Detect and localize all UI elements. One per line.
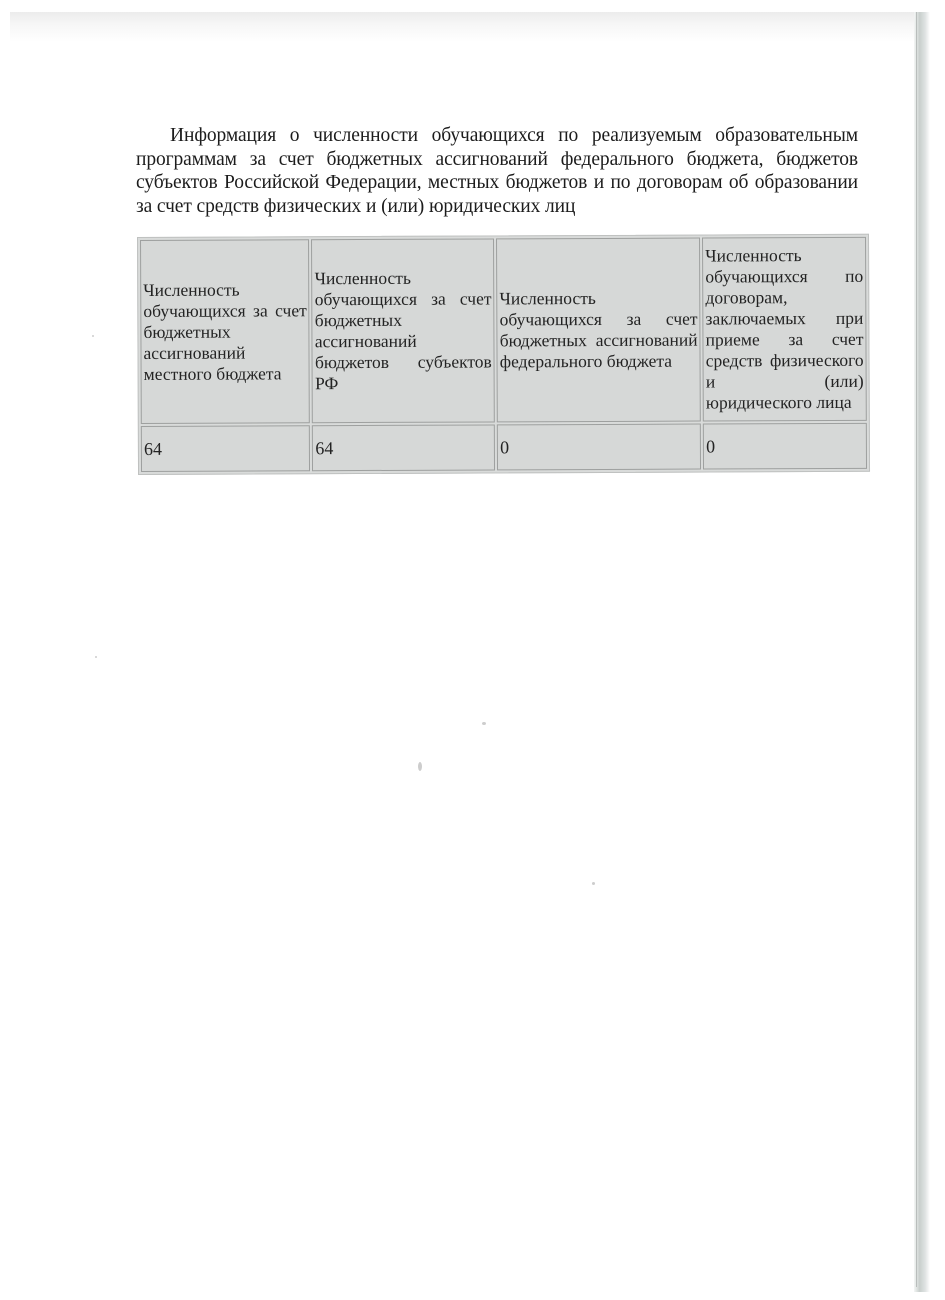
scan-speck [418, 762, 422, 771]
document-page: Информация о численности обучающихся по … [0, 0, 945, 1300]
value-paid-contracts: 0 [703, 423, 867, 470]
scan-speck [592, 882, 595, 885]
header-federal-budget: Численность обучающихся за счет бюджетны… [496, 238, 701, 423]
table-row: 64 64 0 0 [141, 423, 867, 472]
value-local-budget: 64 [141, 425, 311, 472]
students-count-table: Численность обучающихся за счет бюджетны… [137, 234, 870, 475]
header-local-budget: Численность обучающихся за счет бюджетны… [140, 239, 310, 424]
table-header-row: Численность обучающихся за счет бюджетны… [140, 237, 867, 424]
value-regional-budget: 64 [312, 424, 495, 471]
scan-speck [92, 335, 94, 337]
header-paid-contracts: Численность обучающихся по договорам, за… [702, 237, 867, 422]
intro-paragraph: Информация о численности обучающихся по … [136, 124, 858, 218]
scan-speck [95, 656, 97, 658]
scan-speck [482, 722, 486, 725]
value-federal-budget: 0 [497, 424, 701, 471]
header-regional-budget: Численность обучающихся за счет бюджетны… [311, 238, 495, 423]
